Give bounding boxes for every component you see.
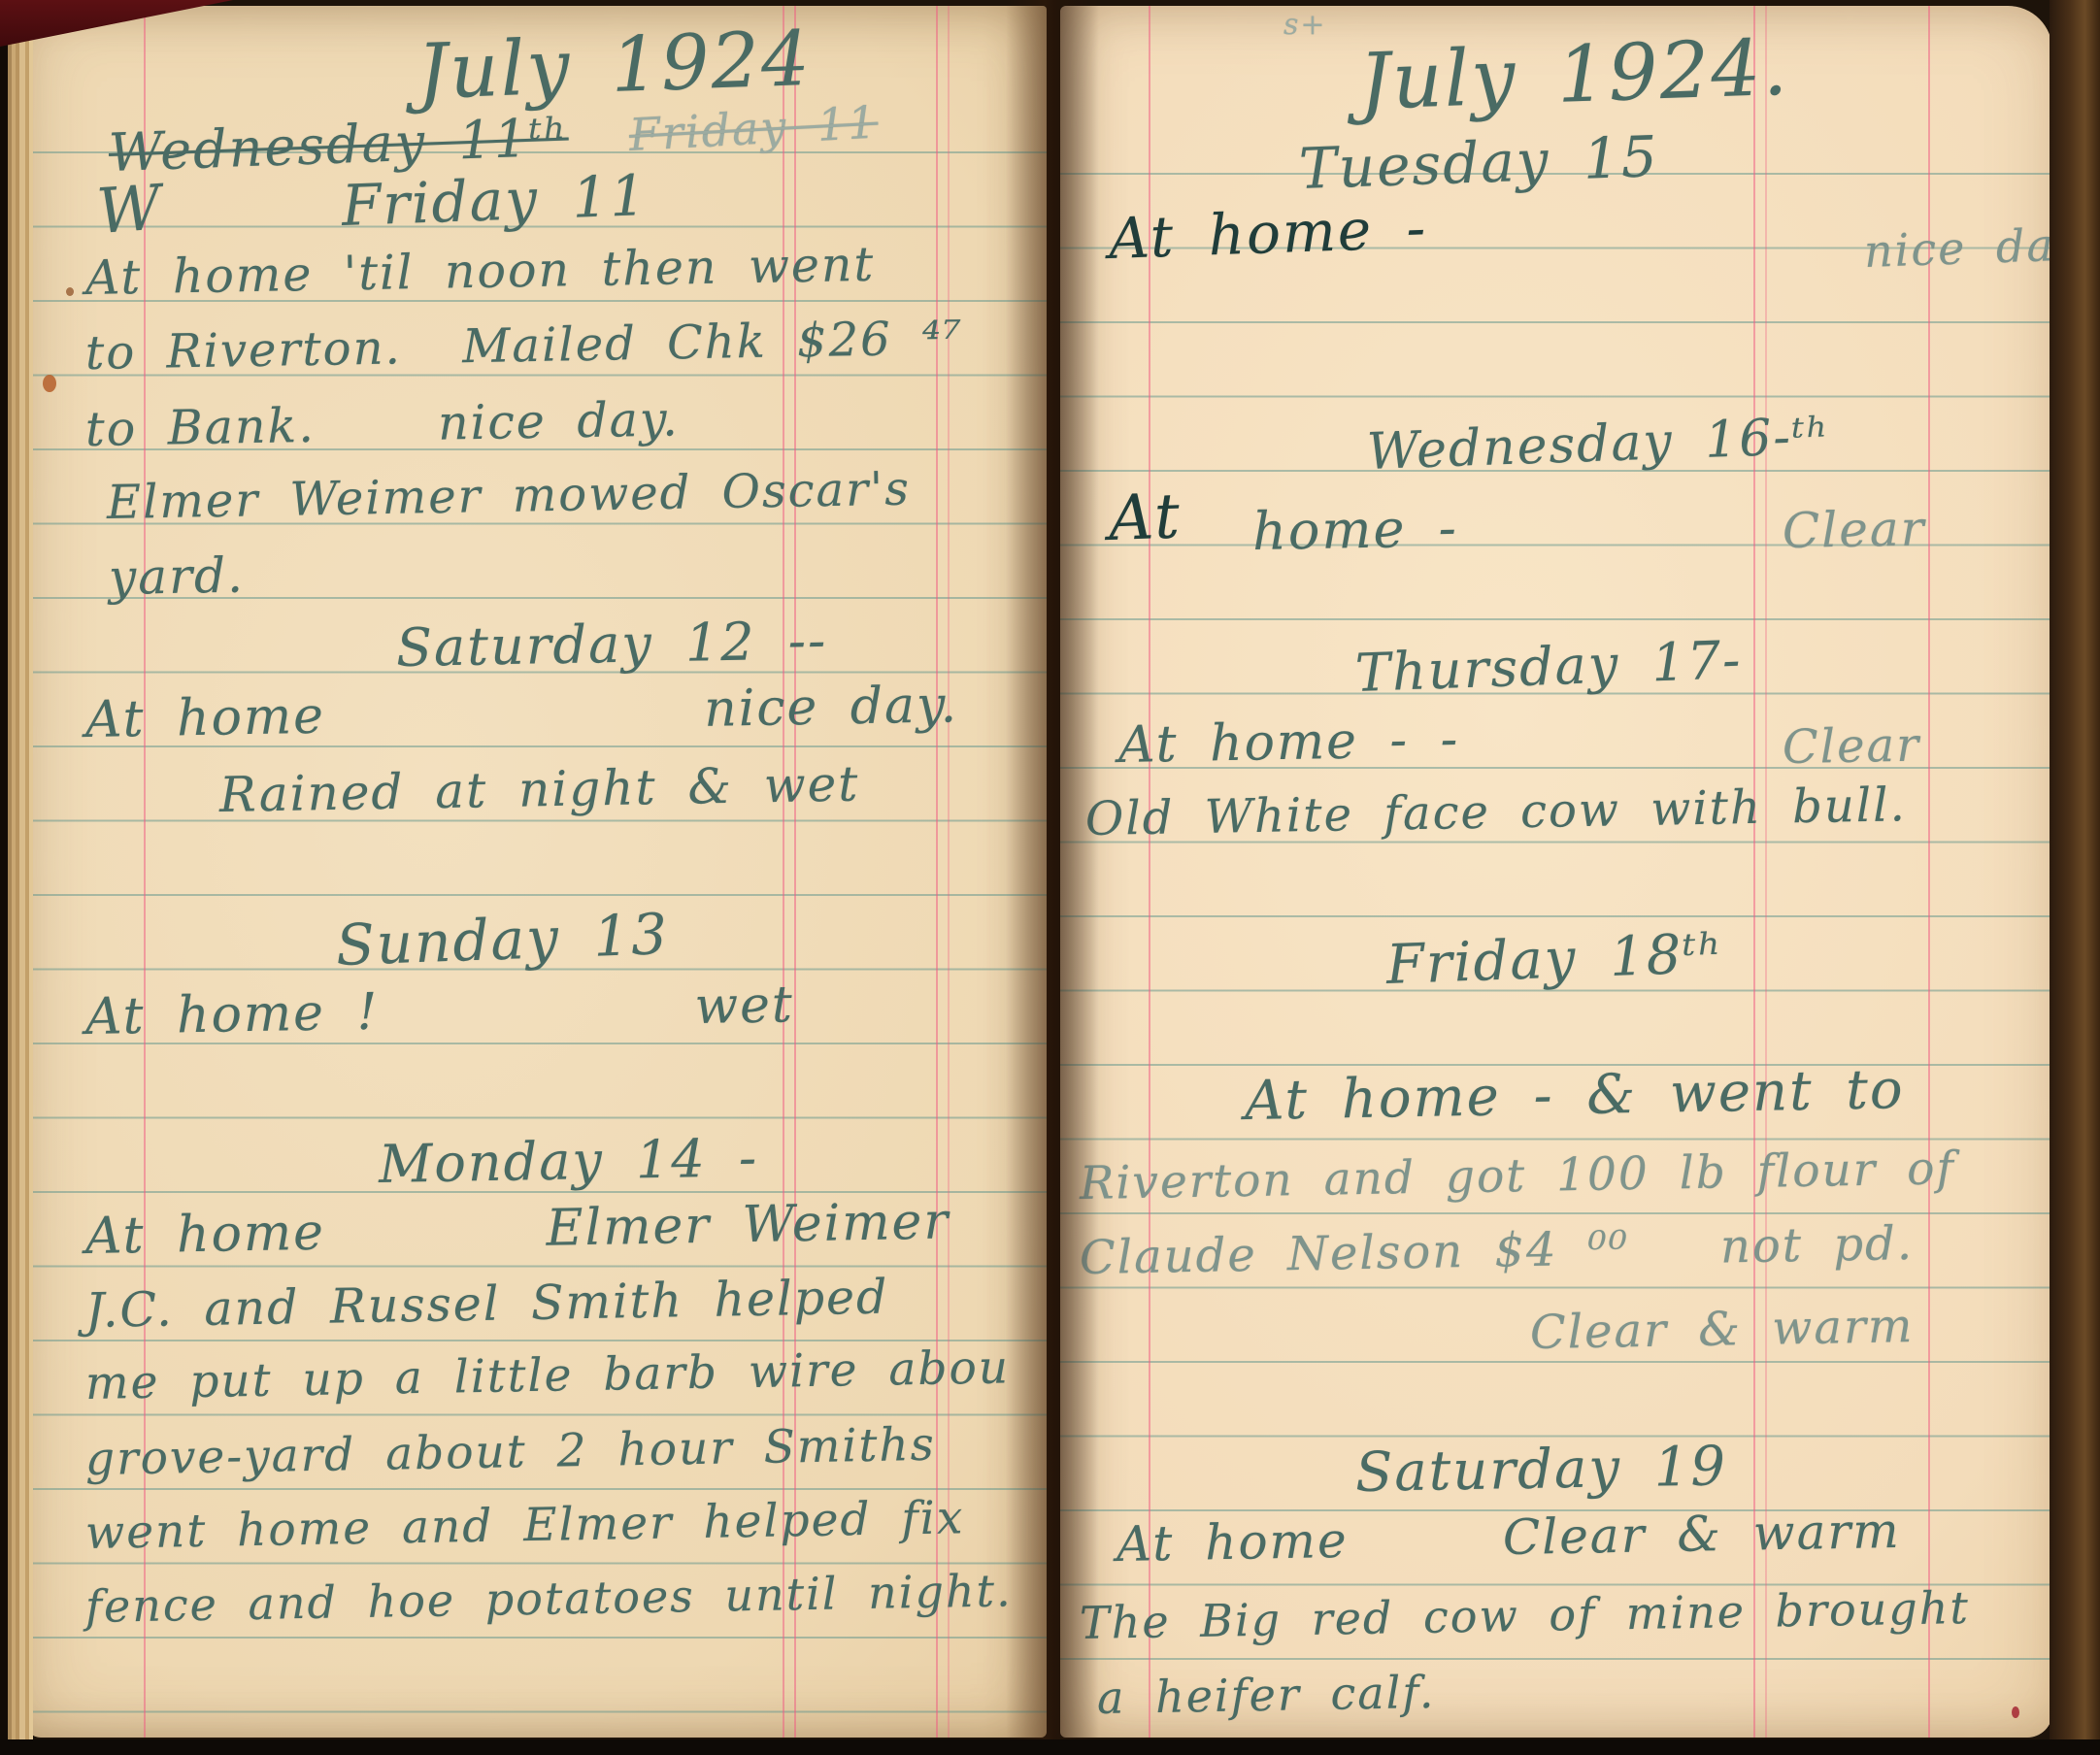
handwriting-line: Clear bbox=[1782, 500, 1926, 559]
handwriting-line: to Bank. nice day. bbox=[85, 391, 681, 457]
desk-shadow-strip bbox=[0, 1739, 2100, 1755]
handwriting-line: Thursday 17- bbox=[1354, 629, 1743, 704]
handwriting-line: Riverton and got 100 lb flour of bbox=[1080, 1142, 1956, 1210]
handwriting-line: At home nice day. bbox=[84, 676, 958, 749]
handwriting-line: yard. bbox=[108, 547, 245, 606]
handwriting-line: me put up a little barb wire abou bbox=[85, 1341, 1011, 1410]
handwriting-line: At home - bbox=[1108, 195, 1428, 272]
handwriting-line: Claude Nelson $4 ⁰⁰ not pd. bbox=[1080, 1216, 1915, 1285]
handwriting-line: At home ! wet bbox=[84, 976, 794, 1046]
handwriting-line: Clear bbox=[1783, 718, 1921, 775]
handwriting-line: Old White face cow with bull. bbox=[1085, 778, 1908, 846]
handwriting-line: J.C. and Russel Smith helped bbox=[85, 1270, 889, 1339]
handwriting-line: Clear & warm bbox=[1530, 1299, 1915, 1360]
handwriting-line: Saturday 19 bbox=[1354, 1435, 1727, 1505]
handwriting-line: went home and Elmer helped fix bbox=[85, 1491, 965, 1560]
handwriting-line: At home Elmer Weimer bbox=[84, 1192, 950, 1266]
handwriting-line: grove-yard about 2 hour Smiths bbox=[85, 1418, 937, 1486]
handwriting-line: At home Clear & warm bbox=[1116, 1503, 1901, 1573]
handwriting-line: At bbox=[1108, 480, 1183, 555]
handwriting-layer: July 1924Wednesday 11ᵗʰFriday 11WFriday … bbox=[0, 0, 2100, 1755]
handwriting-line: At home - & went to bbox=[1244, 1058, 1905, 1133]
handwriting-line: Elmer Weimer mowed Oscar's bbox=[107, 462, 912, 530]
handwriting-line: s+ bbox=[1283, 8, 1327, 42]
diary-photo: July 1924Wednesday 11ᵗʰFriday 11WFriday … bbox=[0, 0, 2100, 1755]
handwriting-line: Rained at night & wet bbox=[218, 755, 859, 822]
handwriting-line: The Big red cow of mine brought bbox=[1080, 1581, 1971, 1649]
handwriting-line: fence and hoe potatoes until night. bbox=[85, 1564, 1014, 1633]
handwriting-line: Tuesday 15 bbox=[1298, 123, 1660, 202]
handwriting-line: At home - - bbox=[1117, 711, 1459, 775]
handwriting-line: Sunday 13 bbox=[335, 901, 670, 978]
handwriting-line: Saturday 12 -- bbox=[395, 610, 827, 679]
handwriting-line: W bbox=[94, 172, 165, 248]
handwriting-line: home - bbox=[1251, 497, 1458, 562]
handwriting-line: Monday 14 - bbox=[378, 1127, 758, 1195]
book-cover-edge bbox=[2050, 0, 2100, 1755]
handwriting-line: At home 'til noon then went bbox=[85, 237, 876, 306]
handwriting-line: to Riverton. Mailed Chk $26 ⁴⁷ bbox=[85, 311, 964, 381]
handwriting-line: Friday 18ᵗʰ bbox=[1385, 922, 1725, 997]
handwriting-line: Wednesday 16-ᵗʰ bbox=[1366, 407, 1831, 481]
handwriting-line: Friday 11 bbox=[341, 162, 649, 239]
handwriting-line: a heifer calf. bbox=[1097, 1666, 1436, 1724]
handwriting-line: July 1924. bbox=[1357, 22, 1790, 127]
